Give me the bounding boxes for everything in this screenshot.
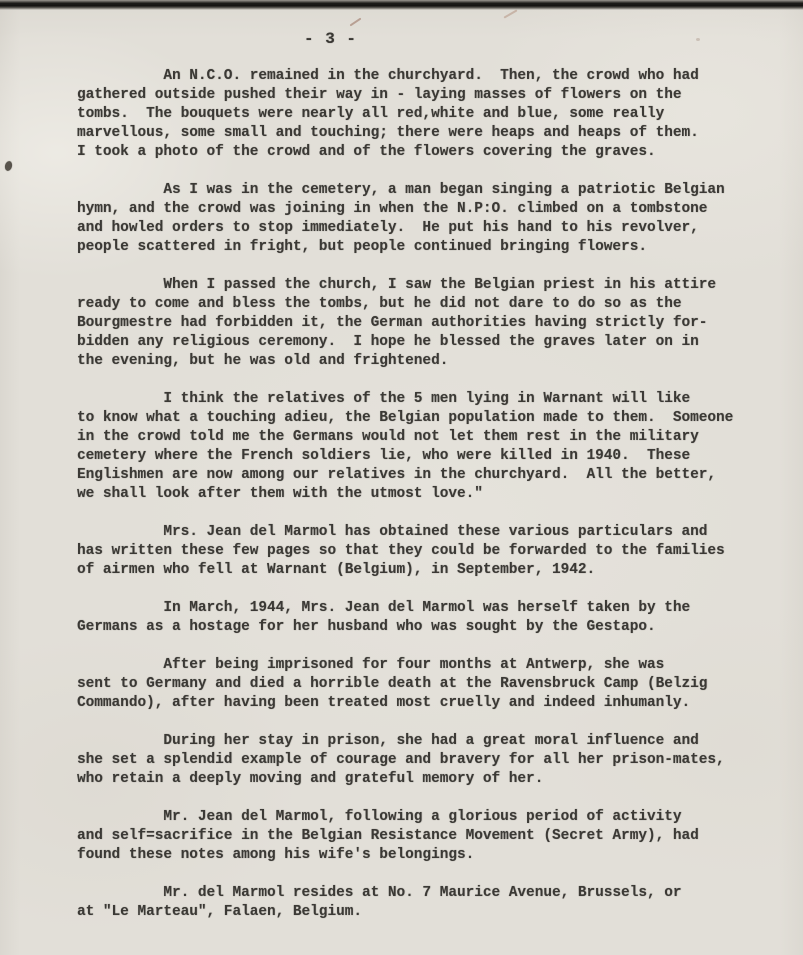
paragraph: As I was in the cemetery, a man began si… [77, 181, 783, 257]
paragraph: An N.C.O. remained in the churchyard. Th… [77, 67, 783, 162]
scanned-document-page: - 3 - An N.C.O. remained in the churchya… [0, 0, 803, 955]
page-number: - 3 - [304, 30, 357, 48]
paragraph: After being imprisoned for four months a… [77, 656, 783, 713]
paragraph: Mr. Jean del Marmol, following a gloriou… [77, 808, 783, 865]
pen-mark [504, 9, 518, 18]
paragraph: I think the relatives of the 5 men lying… [77, 390, 783, 504]
document-body: An N.C.O. remained in the churchyard. Th… [77, 67, 783, 941]
paragraph: Mrs. Jean del Marmol has obtained these … [77, 523, 783, 580]
paragraph: When I passed the church, I saw the Belg… [77, 276, 783, 371]
paragraph: During her stay in prison, she had a gre… [77, 732, 783, 789]
scan-edge-strip [0, 0, 803, 10]
paragraph: Mr. del Marmol resides at No. 7 Maurice … [77, 884, 783, 922]
paper-speck [696, 38, 700, 41]
paragraph: In March, 1944, Mrs. Jean del Marmol was… [77, 599, 783, 637]
pen-mark [350, 18, 362, 27]
ink-speck [4, 160, 13, 171]
